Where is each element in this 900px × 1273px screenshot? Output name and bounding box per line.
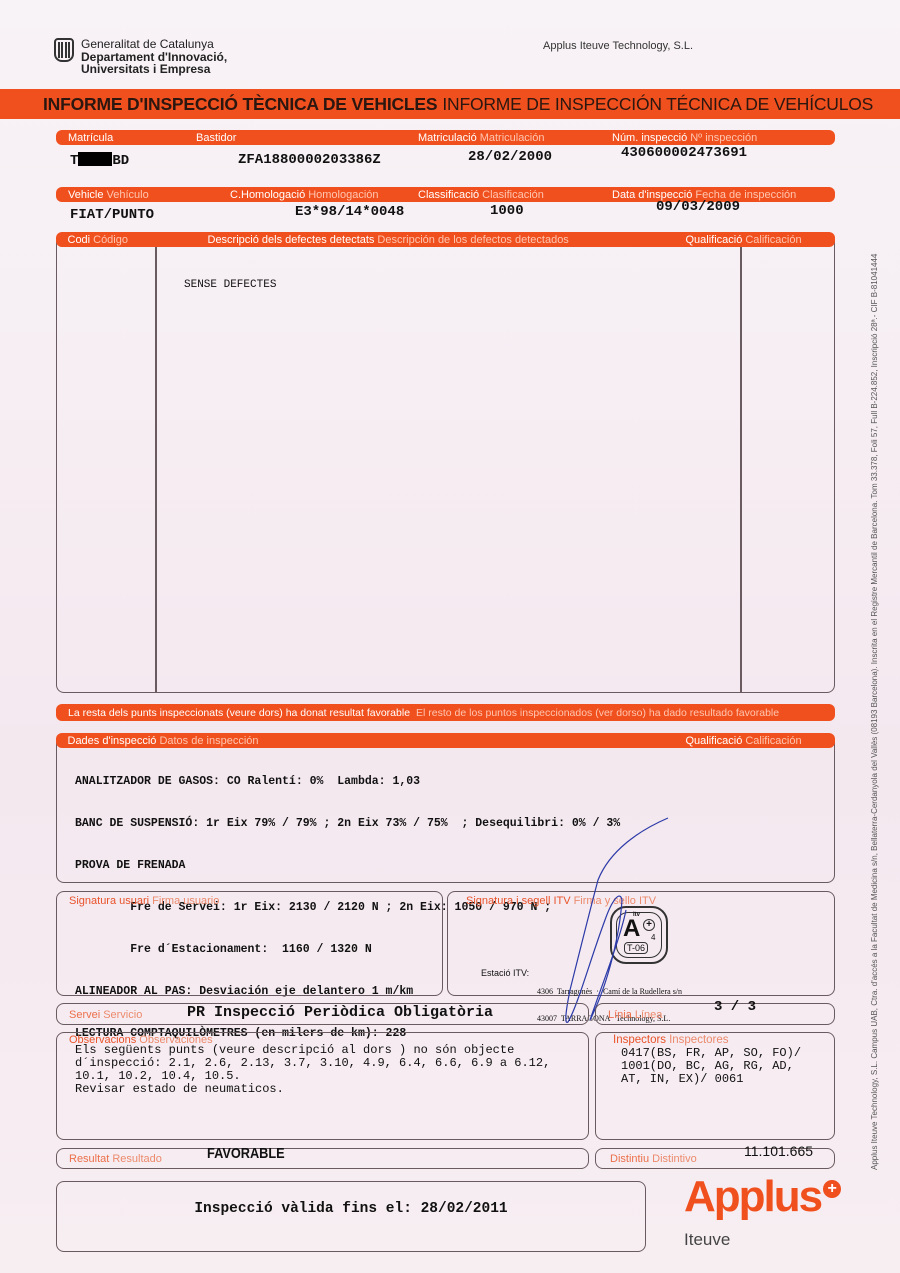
vehicle-value: FIAT/PUNTO: [70, 207, 154, 223]
matriculacio-value: 28/02/2000: [468, 149, 552, 165]
label-bastidor: Bastidor: [196, 132, 236, 144]
distintiu-box: DistintiuDistintivo 11.101.665: [595, 1148, 835, 1169]
label-homologacio: C.HomologacióHomologación: [230, 189, 379, 201]
rest-notice: La resta dels punts inspeccionats (veure…: [68, 707, 779, 719]
label-matricula: Matrícula: [68, 132, 113, 144]
data-line-braking: PROVA DE FRENADA: [75, 859, 620, 873]
validity-text: Inspecció vàlida fins el: 28/02/2011: [57, 1201, 645, 1217]
label-user-signature: Signatura usuariFirma usuario: [69, 895, 219, 907]
title-ca: INFORME D'INSPECCIÓ TÈCNICA DE VEHICLES: [43, 94, 437, 115]
handwritten-signature: [550, 810, 680, 1030]
station-label: Estació ITV:: [481, 968, 529, 978]
num-inspeccio-value: 430600002473691: [621, 145, 747, 161]
row1-label-strip: Matrícula Bastidor MatriculacióMatricula…: [56, 130, 835, 145]
label-distintiu: DistintiuDistintivo: [610, 1153, 697, 1165]
defects-table: CodiCódigo Descripció dels defectes dete…: [56, 232, 835, 693]
observations-box: ObservacionsObservaciones Els següents p…: [56, 1032, 589, 1140]
label-qualificacio: QualificacióCalificación: [686, 234, 802, 246]
classificacio-value: 1000: [490, 203, 524, 219]
label-codi: CodiCódigo: [68, 234, 128, 246]
document-title-bar: INFORME D'INSPECCIÓ TÈCNICA DE VEHICLES …: [0, 89, 900, 119]
label-descripcio: Descripció dels defectes detectatsDescri…: [208, 234, 569, 246]
iteuve-text: Iteuve: [684, 1230, 730, 1250]
data-line-suspension: BANC DE SUSPENSIÓ: 1r Eix 79% / 79% ; 2n…: [75, 817, 620, 831]
defects-header: CodiCódigo Descripció dels defectes dete…: [56, 232, 835, 247]
applus-logo: Applus +: [684, 1172, 841, 1222]
label-classificacio: ClassificacióClasificación: [418, 189, 544, 201]
bastidor-value: ZFA1880000203386Z: [238, 152, 381, 168]
label-inspectors: InspectorsInspectores: [613, 1035, 729, 1046]
inspectors-box: InspectorsInspectores 0417(BS, FR, AP, S…: [595, 1032, 835, 1140]
label-result: ResultatResultado: [69, 1153, 162, 1165]
label-qualificacio-2: QualificacióCalificación: [686, 735, 802, 747]
observations-text: Els següents punts (veure descripció al …: [75, 1044, 550, 1096]
inspection-data-header: Dades d'inspeccióDatos de inspección Qua…: [56, 733, 835, 748]
side-legal-text: Applus Iteuve Technology, S.L. Campus UA…: [870, 135, 879, 1170]
gov-line-3: Universitats i Empresa: [81, 63, 227, 76]
matricula-value: TBD: [70, 152, 129, 169]
validity-box: Inspecció vàlida fins el: 28/02/2011: [56, 1181, 646, 1252]
generalitat-logo-icon: [54, 38, 74, 62]
homologacio-value: E3*98/14*0048: [295, 204, 404, 220]
result-value: FAVORABLE: [207, 1145, 285, 1162]
result-box: ResultatResultado FAVORABLE: [56, 1148, 589, 1169]
inspection-data-box: Dades d'inspeccióDatos de inspección Qua…: [56, 733, 835, 883]
service-box: ServeiServicio PR Inspecció Periòdica Ob…: [56, 1003, 589, 1025]
data-inspeccio-value: 09/03/2009: [656, 199, 740, 215]
defect-description: SENSE DEFECTES: [184, 279, 276, 291]
column-divider: [155, 247, 157, 692]
label-service: ServeiServicio: [69, 1009, 142, 1021]
company-name: Applus Iteuve Technology, S.L.: [543, 40, 693, 52]
applus-plus-icon: +: [823, 1180, 841, 1198]
inspectors-text: 0417(BS, FR, AP, SO, FO)/ 1001(DO, BC, A…: [621, 1047, 801, 1086]
government-header: Generalitat de Catalunya Departament d'I…: [81, 38, 227, 76]
label-matriculacio: MatriculacióMatriculación: [418, 132, 545, 144]
applus-logo-text: Applus: [684, 1172, 821, 1222]
title-es: INFORME DE INSPECCIÓN TÉCNICA DE VEHÍCUL…: [442, 94, 873, 115]
redacted-plate: [78, 152, 112, 166]
column-divider: [740, 247, 742, 692]
data-line-gases: ANALITZADOR DE GASOS: CO Ralentí: 0% Lam…: [75, 775, 620, 789]
label-line: LíniaLínea: [608, 1009, 662, 1021]
service-value: PR Inspecció Periòdica Obligatòria: [187, 1004, 493, 1021]
gov-line-1: Generalitat de Catalunya: [81, 38, 227, 51]
label-num-inspeccio: Núm. inspeccióNº inspección: [612, 132, 757, 144]
line-box: LíniaLínea 3 / 3: [595, 1003, 835, 1025]
line-value: 3 / 3: [714, 999, 756, 1015]
user-signature-box[interactable]: Signatura usuariFirma usuario: [56, 891, 443, 996]
label-dades: Dades d'inspeccióDatos de inspección: [68, 735, 259, 747]
rest-notice-strip: La resta dels punts inspeccionats (veure…: [56, 704, 835, 721]
distintiu-value: 11.101.665: [744, 1143, 813, 1159]
label-vehicle: VehicleVehículo: [68, 189, 149, 201]
